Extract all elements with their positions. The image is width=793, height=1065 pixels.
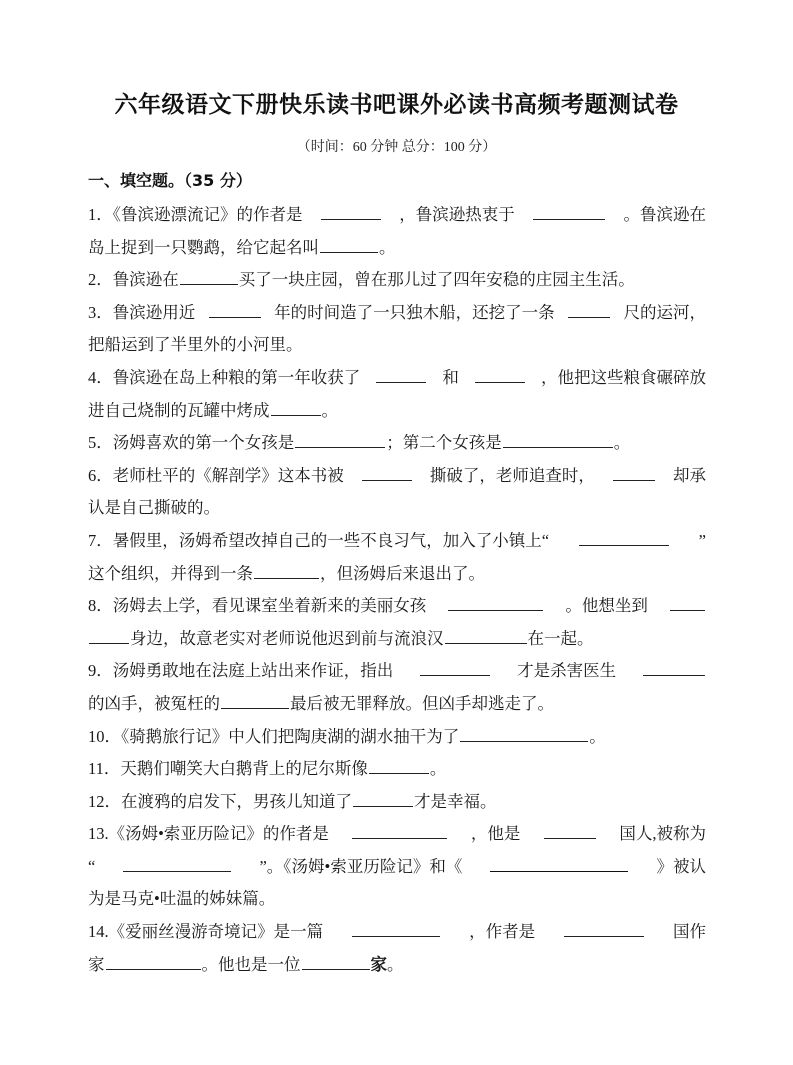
- question-text: 2．鲁滨逊在: [88, 270, 179, 289]
- answer-blank[interactable]: [254, 560, 319, 579]
- question-text: 。: [614, 433, 631, 452]
- question-text: 》被认: [657, 851, 707, 884]
- answer-blank[interactable]: [221, 690, 289, 709]
- question-text: 的凶手，被冤枉的: [88, 694, 220, 713]
- answer-blank[interactable]: [302, 951, 370, 970]
- question-line: 为是马克•吐温的姊妹篇。: [88, 883, 706, 916]
- exam-subtitle: （时间：60 分钟 总分：100 分）: [0, 136, 793, 156]
- question-text: 9．汤姆勇敢地在法庭上站出来作证，指出: [88, 655, 393, 688]
- question-text: ，但汤姆后来退出了。: [320, 564, 485, 583]
- answer-blank[interactable]: [579, 527, 669, 546]
- question-5: 5．汤姆喜欢的第一个女孩是；第二个女孩是。: [88, 427, 706, 460]
- question-text: ”。《汤姆•索亚历险记》和《: [259, 851, 462, 884]
- question-text: ，他是: [471, 818, 521, 851]
- question-line: 进自己烧制的瓦罐中烤成。: [88, 395, 706, 428]
- question-line: 3．鲁滨逊用近年的时间造了一只独木船，还挖了一条尺的运河，: [88, 297, 706, 330]
- answer-blank[interactable]: [564, 918, 644, 937]
- question-text: 身边，故意老实对老师说他迟到前与流浪汉: [130, 629, 444, 648]
- question-11: 11．天鹅们嘲笑大白鹅背上的尼尔斯像。: [88, 753, 706, 786]
- question-text: 撕破了，老师追查时，: [430, 460, 595, 493]
- question-line: 7．暑假里，汤姆希望改掉自己的一些不良习气，加入了小镇上“”: [88, 525, 706, 558]
- question-3: 3．鲁滨逊用近年的时间造了一只独木船，还挖了一条尺的运河，把船运到了半里外的小河…: [88, 297, 706, 362]
- question-text: 国作: [673, 916, 706, 949]
- answer-blank[interactable]: [460, 723, 588, 742]
- question-text: 3．鲁滨逊用近: [88, 297, 195, 330]
- question-10: 10．《骑鹅旅行记》中人们把陶庚湖的湖水抽干为了。: [88, 721, 706, 754]
- question-1: 1．《鲁滨逊漂流记》的作者是，鲁滨逊热衷于。鲁滨逊在岛上捉到一只鹦鹉，给它起名叫…: [88, 199, 706, 264]
- question-text: 为是马克•吐温的姊妹篇。: [88, 889, 275, 908]
- question-14: 14.《爱丽丝漫游奇境记》是一篇，作者是国作家。他也是一位家。: [88, 916, 706, 981]
- question-line: 13.《汤姆•索亚历险记》的作者是，他是国人,被称为: [88, 818, 706, 851]
- question-list: 1．《鲁滨逊漂流记》的作者是，鲁滨逊热衷于。鲁滨逊在岛上捉到一只鹦鹉，给它起名叫…: [88, 199, 706, 981]
- question-text: 买了一块庄园，曾在那儿过了四年安稳的庄园主生活。: [239, 270, 635, 289]
- question-7: 7．暑假里，汤姆希望改掉自己的一些不良习气，加入了小镇上“”这个组织，并得到一条…: [88, 525, 706, 590]
- answer-blank[interactable]: [271, 397, 321, 416]
- question-line: 这个组织，并得到一条，但汤姆后来退出了。: [88, 558, 706, 591]
- question-line: 11．天鹅们嘲笑大白鹅背上的尼尔斯像。: [88, 753, 706, 786]
- question-line: 10．《骑鹅旅行记》中人们把陶庚湖的湖水抽干为了。: [88, 721, 706, 754]
- question-text: 。: [430, 759, 447, 778]
- question-text: ，鲁滨逊热衷于: [399, 199, 515, 232]
- question-text: 。: [379, 238, 396, 257]
- answer-blank[interactable]: [89, 625, 129, 644]
- question-text: ，他把这些粮食碾碎放: [541, 362, 706, 395]
- question-text: 尺的运河，: [624, 297, 707, 330]
- answer-blank[interactable]: [321, 201, 381, 220]
- question-text: 。他也是一位: [202, 955, 301, 974]
- question-line: 12．在渡鸦的启发下，男孩儿知道了才是幸福。: [88, 786, 706, 819]
- question-text: 最后被无罪释放。但凶手却逃走了。: [290, 694, 554, 713]
- question-text: “: [88, 851, 95, 884]
- question-2: 2．鲁滨逊在买了一块庄园，曾在那儿过了四年安稳的庄园主生活。: [88, 264, 706, 297]
- question-6: 6．老师杜平的《解剖学》这本书被撕破了，老师追查时，却承认是自己撕破的。: [88, 460, 706, 525]
- question-text: 这个组织，并得到一条: [88, 564, 253, 583]
- answer-blank[interactable]: [295, 429, 385, 448]
- answer-blank[interactable]: [568, 299, 610, 318]
- question-text: 1．《鲁滨逊漂流记》的作者是: [88, 199, 303, 232]
- question-line: 的凶手，被冤枉的最后被无罪释放。但凶手却逃走了。: [88, 688, 706, 721]
- question-text: 6．老师杜平的《解剖学》这本书被: [88, 460, 344, 493]
- answer-blank[interactable]: [352, 820, 447, 839]
- question-line: 14.《爱丽丝漫游奇境记》是一篇，作者是国作: [88, 916, 706, 949]
- question-text: 进自己烧制的瓦罐中烤成: [88, 401, 270, 420]
- question-text: 5．汤姆喜欢的第一个女孩是: [88, 433, 294, 452]
- question-line: 认是自己撕破的。: [88, 492, 706, 525]
- question-text: 国人,被称为: [619, 818, 706, 851]
- question-line: 岛上捉到一只鹦鹉，给它起名叫。: [88, 232, 706, 265]
- answer-blank[interactable]: [503, 429, 613, 448]
- question-text: 。: [322, 401, 339, 420]
- answer-blank[interactable]: [180, 266, 238, 285]
- question-text: 13.《汤姆•索亚历险记》的作者是: [88, 818, 329, 851]
- question-text: 4．鲁滨逊在岛上种粮的第一年收获了: [88, 362, 360, 395]
- answer-blank[interactable]: [362, 462, 412, 481]
- question-text: 。他想坐到: [565, 590, 648, 623]
- answer-blank[interactable]: [544, 820, 596, 839]
- question-text: 。鲁滨逊在: [624, 199, 707, 232]
- question-8: 8．汤姆去上学，看见课室坐着新来的美丽女孩。他想坐到身边，故意老实对老师说他迟到…: [88, 590, 706, 655]
- question-text: 在一起。: [528, 629, 594, 648]
- question-line: 1．《鲁滨逊漂流记》的作者是，鲁滨逊热衷于。鲁滨逊在: [88, 199, 706, 232]
- question-4: 4．鲁滨逊在岛上种粮的第一年收获了和，他把这些粮食碾碎放进自己烧制的瓦罐中烤成。: [88, 362, 706, 427]
- question-text: ；第二个女孩是: [386, 433, 502, 452]
- question-line: 身边，故意老实对老师说他迟到前与流浪汉在一起。: [88, 623, 706, 656]
- question-text: 和: [442, 362, 459, 395]
- question-text: 12．在渡鸦的启发下，男孩儿知道了: [88, 792, 352, 811]
- answer-blank[interactable]: [613, 462, 655, 481]
- section-heading: 一、填空题。（35 分）: [88, 168, 252, 191]
- answer-blank[interactable]: [209, 299, 261, 318]
- answer-blank[interactable]: [420, 657, 490, 676]
- answer-blank[interactable]: [320, 234, 378, 253]
- question-text: 。: [387, 955, 404, 974]
- question-text: 却承: [673, 460, 706, 493]
- question-9: 9．汤姆勇敢地在法庭上站出来作证，指出才是杀害医生的凶手，被冤枉的最后被无罪释放…: [88, 655, 706, 720]
- question-line: 6．老师杜平的《解剖学》这本书被撕破了，老师追查时，却承: [88, 460, 706, 493]
- answer-blank[interactable]: [643, 657, 705, 676]
- question-text: 7．暑假里，汤姆希望改掉自己的一些不良习气，加入了小镇上“: [88, 525, 549, 558]
- question-text: 家: [88, 955, 105, 974]
- answer-blank[interactable]: [448, 592, 543, 611]
- question-text: 8．汤姆去上学，看见课室坐着新来的美丽女孩: [88, 590, 426, 623]
- answer-blank[interactable]: [490, 853, 628, 872]
- answer-blank[interactable]: [670, 592, 705, 611]
- question-text: 年的时间造了一只独木船，还挖了一条: [274, 297, 555, 330]
- question-text-bold: 家: [371, 955, 388, 974]
- question-line: 家。他也是一位家。: [88, 949, 706, 982]
- question-text: 岛上捉到一只鹦鹉，给它起名叫: [88, 238, 319, 257]
- question-line: 5．汤姆喜欢的第一个女孩是；第二个女孩是。: [88, 427, 706, 460]
- question-text: 10．《骑鹅旅行记》中人们把陶庚湖的湖水抽干为了: [88, 727, 459, 746]
- question-text: ”: [699, 525, 706, 558]
- question-13: 13.《汤姆•索亚历险记》的作者是，他是国人,被称为“”。《汤姆•索亚历险记》和…: [88, 818, 706, 916]
- question-text: 才是幸福。: [414, 792, 497, 811]
- question-text: 才是杀害医生: [517, 655, 616, 688]
- question-text: 14.《爱丽丝漫游奇境记》是一篇: [88, 916, 323, 949]
- question-line: “”。《汤姆•索亚历险记》和《》被认: [88, 851, 706, 884]
- answer-blank[interactable]: [369, 755, 429, 774]
- page-title: 六年级语文下册快乐读书吧课外必读书高频考题测试卷: [0, 86, 793, 119]
- question-text: 把船运到了半里外的小河里。: [88, 335, 303, 354]
- question-line: 9．汤姆勇敢地在法庭上站出来作证，指出才是杀害医生: [88, 655, 706, 688]
- question-12: 12．在渡鸦的启发下，男孩儿知道了才是幸福。: [88, 786, 706, 819]
- answer-blank[interactable]: [376, 364, 426, 383]
- question-line: 8．汤姆去上学，看见课室坐着新来的美丽女孩。他想坐到: [88, 590, 706, 623]
- answer-blank[interactable]: [475, 364, 525, 383]
- question-line: 4．鲁滨逊在岛上种粮的第一年收获了和，他把这些粮食碾碎放: [88, 362, 706, 395]
- question-line: 2．鲁滨逊在买了一块庄园，曾在那儿过了四年安稳的庄园主生活。: [88, 264, 706, 297]
- answer-blank[interactable]: [106, 951, 201, 970]
- question-text: 11．天鹅们嘲笑大白鹅背上的尼尔斯像: [88, 759, 368, 778]
- exam-page: 六年级语文下册快乐读书吧课外必读书高频考题测试卷 （时间：60 分钟 总分：10…: [0, 0, 793, 1065]
- answer-blank[interactable]: [445, 625, 527, 644]
- answer-blank[interactable]: [123, 853, 231, 872]
- answer-blank[interactable]: [353, 788, 413, 807]
- question-text: ，作者是: [469, 916, 535, 949]
- question-line: 把船运到了半里外的小河里。: [88, 329, 706, 362]
- question-text: 认是自己撕破的。: [88, 498, 220, 517]
- answer-blank[interactable]: [352, 918, 440, 937]
- answer-blank[interactable]: [533, 201, 605, 220]
- question-text: 。: [589, 727, 606, 746]
